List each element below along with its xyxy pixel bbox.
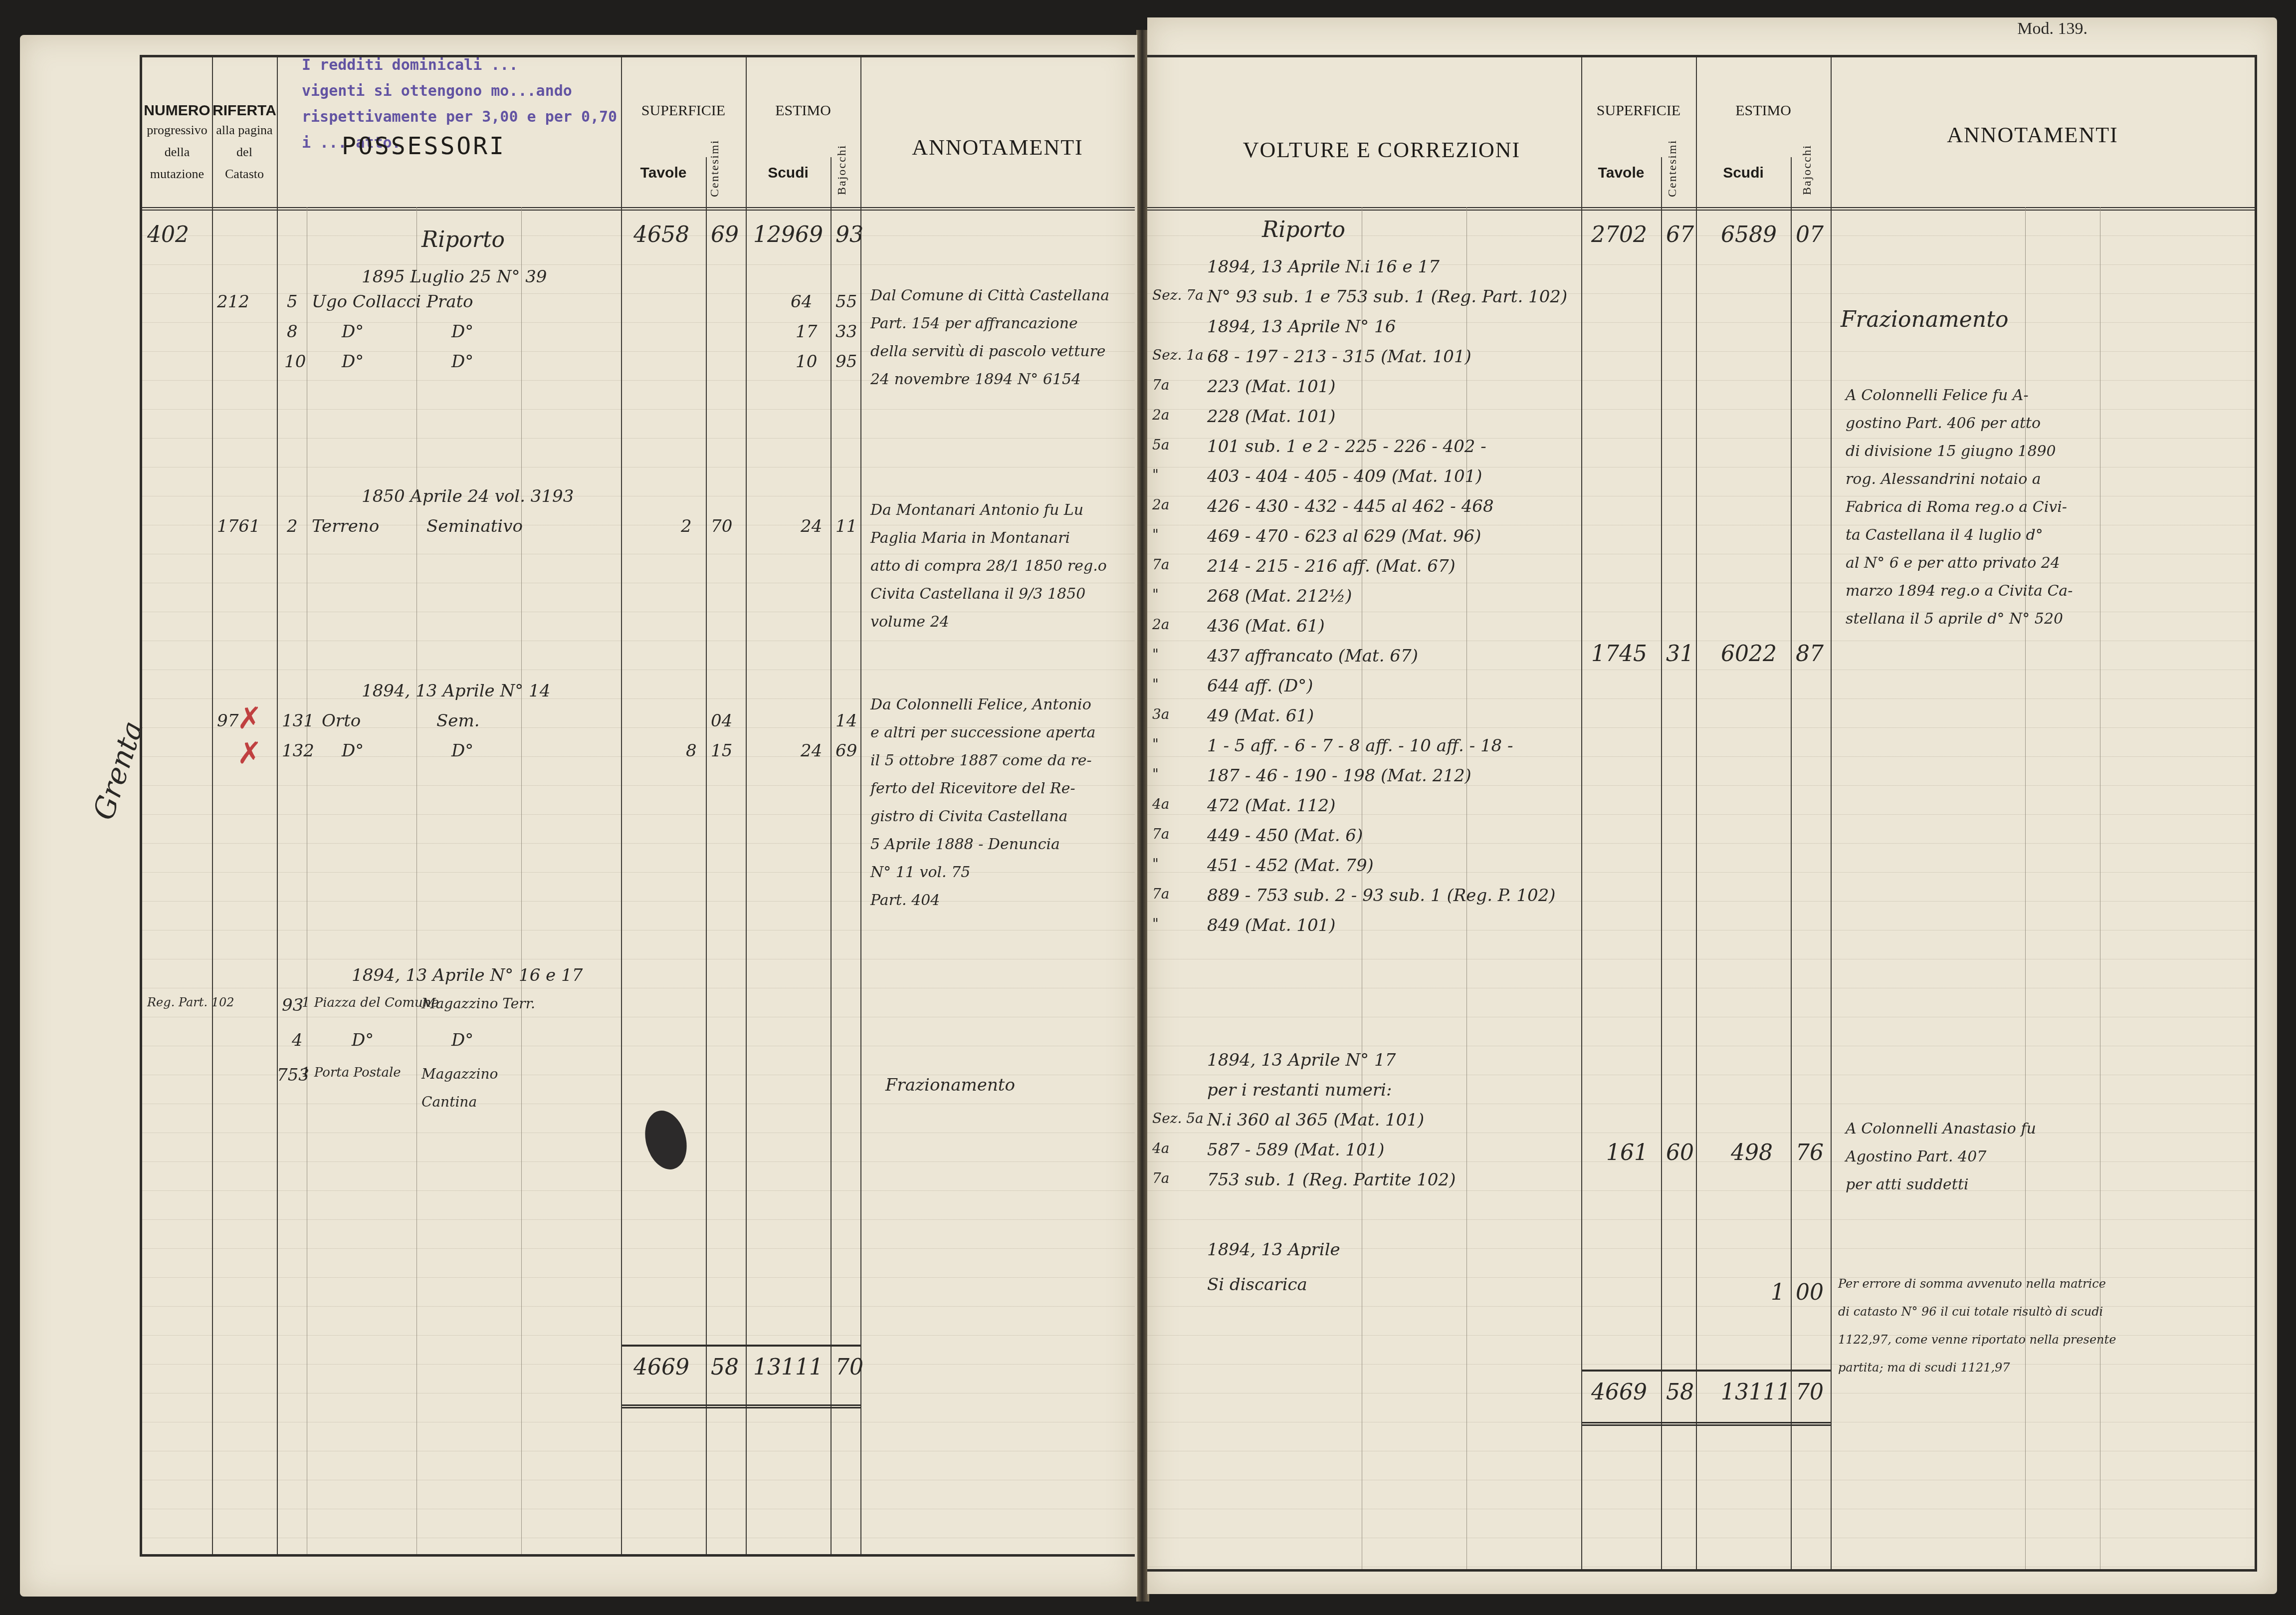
total-double-rule [622,1404,860,1408]
tavole-cell: 161 [1606,1140,1648,1165]
correction-line: N° 93 sub. 1 e 753 sub. 1 (Reg. Part. 10… [1207,287,1567,307]
centesimi-cell: 69 [711,222,739,247]
numero-header: NUMERO progressivo della mutazione [142,102,212,185]
sezione-prefix: " [1152,736,1159,752]
coltura-cell: Sem. [436,711,479,731]
entry-date: 1850 Aprile 24 vol. 3193 [362,486,574,506]
tavole-header: Tavole [1581,165,1661,182]
possessori-title: POSSESSORI [342,132,506,160]
annotamenti-header: ANNOTAMENTI [860,135,1135,160]
correction-line: 1894, 13 Aprile [1207,1240,1340,1260]
bajocchi-cell: 07 [1796,222,1824,247]
sezione-prefix: 3a [1152,706,1170,722]
mappa-cell: 132 [282,741,314,761]
scudi-cell: 1 [1771,1280,1785,1305]
correction-line: 101 sub. 1 e 2 - 225 - 226 - 402 - [1207,437,1486,457]
mappa-cell: 2 [287,516,298,536]
correction-line: N.i 360 al 365 (Mat. 101) [1207,1110,1424,1130]
sezione-prefix: " [1152,856,1159,872]
sezione-prefix: Sez. 1a [1152,347,1204,363]
qualita-cell: Terreno [312,516,379,536]
correction-line: 436 (Mat. 61) [1207,616,1325,636]
sezione-prefix: 7a [1152,1170,1170,1186]
tavole-header: Tavole [621,165,706,182]
riferta-cell: 1761 [217,516,260,536]
total-bajocchi: 70 [835,1355,863,1380]
annotation-note: A Colonnelli Felice fu A- gostino Part. … [1846,382,2073,633]
tavole-cell: 8 [686,741,697,761]
entry-date: 1894, 13 Aprile N° 16 e 17 [352,965,583,985]
correction-line: 1 - 5 aff. - 6 - 7 - 8 aff. - 10 aff. - … [1207,736,1513,756]
scudi-cell: 64 [791,292,812,312]
sezione-prefix: 7a [1152,377,1170,393]
centesimi-cell: 31 [1666,641,1694,667]
scudi-cell: 24 [801,516,822,536]
sezione-prefix: 4a [1152,1140,1170,1156]
coltura-cell: Magazzino Terr. [421,995,535,1012]
correction-line: 587 - 589 (Mat. 101) [1207,1140,1385,1160]
left-header: NUMERO progressivo della mutazione RIFER… [142,57,1135,211]
coltura-cell: Seminativo [426,516,523,536]
bajocchi-cell: 93 [835,222,863,247]
sezione-prefix: 2a [1152,616,1170,633]
mappa-cell: 93 [282,995,303,1015]
bajocchi-cell: 95 [835,352,857,372]
qualita-cell: D° [352,1030,374,1050]
bajocchi-cell: 11 [835,516,857,536]
annotation-note: Per errore di somma avvenuto nella matri… [1838,1270,2116,1382]
right-ledger-table: VOLTURE E CORREZIONI SUPERFICIE Tavole C… [1147,55,2257,1572]
correction-line: 1894, 13 Aprile N.i 16 e 17 [1207,257,1440,277]
sezione-prefix: " [1152,586,1159,603]
sezione-prefix: " [1152,646,1159,663]
correction-line: 437 affrancato (Mat. 67) [1207,646,1418,666]
mappa-cell: 8 [287,322,298,342]
bajocchi-cell: 00 [1796,1280,1824,1305]
annotation-note: Dal Comune di Città Castellana Part. 154… [870,282,1109,394]
correction-line: per i restanti numeri: [1207,1080,1392,1100]
centesimi-cell: 70 [711,516,732,536]
sezione-prefix: 4a [1152,796,1170,812]
sezione-prefix: Sez. 5a [1152,1110,1204,1127]
red-cross-mark: ✗ [237,736,262,771]
sezione-prefix: 7a [1152,826,1170,842]
tavole-cell: 4658 [633,222,689,247]
centesimi-header: Centesimi [1666,142,1679,197]
total-rule [622,1345,860,1347]
bajocchi-cell: 76 [1796,1140,1824,1165]
total-scudi: 13111 [753,1355,823,1380]
qualita-cell: 1 Piazza del Comune [302,995,439,1010]
mappa-cell: 131 [282,711,314,731]
sezione-prefix: " [1152,766,1159,782]
bajocchi-cell: 87 [1796,641,1824,667]
scudi-cell: 6022 [1721,641,1777,667]
centesimi-cell: 67 [1666,222,1694,247]
correction-line: 1894, 13 Aprile N° 16 [1207,317,1396,337]
coltura-cell: D° [451,322,473,342]
qualita-cell: D° [342,322,364,342]
sezione-prefix: 7a [1152,886,1170,902]
riferta-header: RIFERTA alla pagina del Catasto [212,102,277,185]
riporto-label: Riporto [1262,217,1345,242]
correction-line: 469 - 470 - 623 al 629 (Mat. 96) [1207,526,1481,546]
correction-line: 753 sub. 1 (Reg. Partite 102) [1207,1170,1456,1190]
riporto-label: Riporto [421,227,505,252]
annotation-note: Da Colonnelli Felice, Antonio e altri pe… [870,691,1095,915]
centesimi-header: Centesimi [708,142,722,197]
bajocchi-cell: 55 [835,292,857,312]
correction-line: 223 (Mat. 101) [1207,377,1336,397]
centesimi-cell: 04 [711,711,732,731]
correction-line: 426 - 430 - 432 - 445 al 462 - 468 [1207,496,1494,516]
scudi-header: Scudi [1696,165,1791,182]
correction-line: 451 - 452 (Mat. 79) [1207,856,1374,876]
centesimi-cell: 15 [711,741,732,761]
qualita-cell: D° [342,352,364,372]
qualita-cell: Ugo Collacci [312,292,421,312]
correction-line: 187 - 46 - 190 - 198 (Mat. 212) [1207,766,1471,786]
scudi-cell: 6589 [1721,222,1777,247]
sezione-prefix: " [1152,916,1159,932]
coltura-cell: Magazzino Cantina [421,1060,511,1116]
total-tavole: 4669 [1591,1380,1647,1405]
coltura-cell: Prato [426,292,473,312]
correction-line: 68 - 197 - 213 - 315 (Mat. 101) [1207,347,1471,367]
correction-line: 228 (Mat. 101) [1207,407,1336,427]
sezione-prefix: Sez. 7a [1152,287,1204,303]
correction-line: 214 - 215 - 216 aff. (Mat. 67) [1207,556,1456,576]
correction-line: 268 (Mat. 212½) [1207,586,1352,606]
scudi-cell: 10 [796,352,817,372]
sezione-prefix: 5a [1152,437,1170,453]
sezione-prefix: 2a [1152,407,1170,423]
sezione-prefix: " [1152,676,1159,692]
riferta-cell: 212 [217,292,249,312]
scudi-cell: 498 [1731,1140,1773,1165]
numero-cell: 402 [147,222,189,247]
form-model-label: Mod. 139. [2017,19,2087,38]
sezione-prefix: " [1152,526,1159,543]
total-double-rule [1582,1422,1831,1426]
tavole-cell: 2702 [1591,222,1647,247]
entry-date: 1895 Luglio 25 N° 39 [362,267,547,287]
right-page: Mod. 139. VOLTURE E CORREZIONI SUPERFICI… [1147,17,2277,1594]
scudi-cell: 24 [801,741,822,761]
coltura-cell: D° [451,352,473,372]
qualita-cell: Orto [322,711,361,731]
correction-line: 889 - 753 sub. 2 - 93 sub. 1 (Reg. P. 10… [1207,886,1556,906]
sezione-prefix: " [1152,466,1159,483]
qualita-cell: D° [342,741,364,761]
estimo-header: ESTIMO [1696,102,1831,119]
entry-date: 1894, 13 Aprile N° 14 [362,681,550,701]
bajocchi-header: Bajocchi [1801,142,1814,197]
sezione-prefix: 7a [1152,556,1170,573]
coltura-cell: D° [451,741,473,761]
annotation-frazionamento: Frazionamento [1841,307,2008,332]
riferta-cell: Reg. Part. 102 [147,995,234,1009]
correction-line: Si discarica [1207,1275,1307,1295]
total-tavole: 4669 [633,1355,689,1380]
bajocchi-cell: 69 [835,741,857,761]
correction-line: 849 (Mat. 101) [1207,916,1336,935]
tavole-cell: 1745 [1591,641,1647,667]
correction-line: 403 - 404 - 405 - 409 (Mat. 101) [1207,466,1482,486]
left-page: Grenta NUMERO progressivo della mutazion… [20,35,1137,1597]
sezione-prefix: 2a [1152,496,1170,513]
mappa-cell: 10 [284,352,306,372]
bajocchi-cell: 14 [835,711,857,731]
red-cross-mark: ✗ [237,701,262,736]
total-rule [1582,1370,1831,1372]
correction-line: 472 (Mat. 112) [1207,796,1336,816]
left-ledger-table: NUMERO progressivo della mutazione RIFER… [140,55,1135,1557]
coltura-cell: D° [451,1030,473,1050]
tavole-cell: 2 [681,516,692,536]
qualita-cell: 1 Porta Postale [302,1065,401,1080]
centesimi-cell: 60 [1666,1140,1694,1165]
bajocchi-header: Bajocchi [835,142,849,197]
mappa-cell: 5 [287,292,298,312]
total-scudi: 13111 [1721,1380,1791,1405]
riferta-cell: 97 [217,711,238,731]
scudi-cell: 17 [796,322,817,342]
bajocchi-cell: 33 [835,322,857,342]
correction-line: 1894, 13 Aprile N° 17 [1207,1050,1396,1070]
correction-line: 644 aff. (D°) [1207,676,1313,696]
volture-correzioni-title: VOLTURE E CORREZIONI [1177,137,1586,163]
annotation-note: Frazionamento [885,1075,1015,1095]
annotation-note: A Colonnelli Anastasio fu Agostino Part.… [1846,1115,2036,1199]
correction-line: 449 - 450 (Mat. 6) [1207,826,1363,846]
annotation-note: Da Montanari Antonio fu Lu Paglia Maria … [870,496,1107,636]
superficie-header: SUPERFICIE [1581,102,1696,119]
scudi-cell: 12969 [753,222,823,247]
total-centesimi: 58 [711,1355,739,1380]
superficie-header: SUPERFICIE [621,102,746,119]
scudi-header: Scudi [746,165,831,182]
total-centesimi: 58 [1666,1380,1694,1405]
correction-line: 49 (Mat. 61) [1207,706,1314,726]
annotamenti-header: ANNOTAMENTI [1831,122,2235,148]
right-header: VOLTURE E CORREZIONI SUPERFICIE Tavole C… [1147,57,2255,211]
total-bajocchi: 70 [1796,1380,1824,1405]
estimo-header: ESTIMO [746,102,860,119]
mappa-cell: 4 [292,1030,303,1050]
